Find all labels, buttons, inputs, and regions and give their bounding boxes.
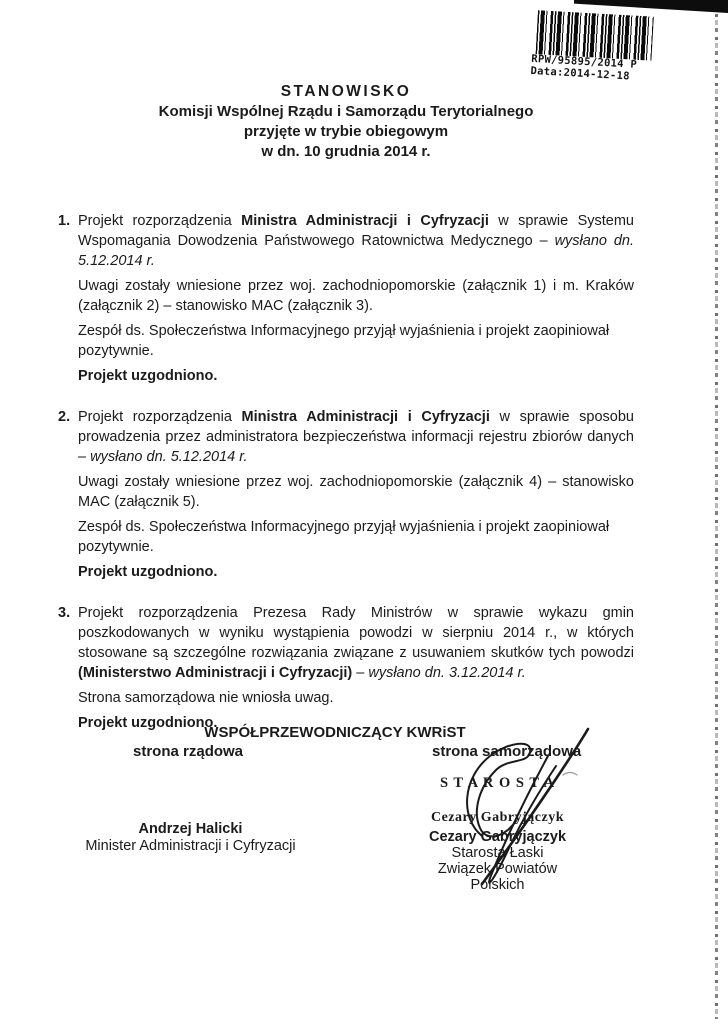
document-title-block: STANOWISKO Komisji Wspólnej Rządu i Samo…: [0, 82, 692, 162]
item-paragraph: Strona samorządowa nie wniosła uwag.: [78, 688, 634, 708]
item-number: 3.: [58, 603, 70, 623]
registry-stamp: RPW/95895/2014 P Data:2014-12-18: [530, 10, 654, 84]
stanowisko-item: 2.Projekt rozporządzenia Ministra Admini…: [58, 407, 634, 582]
scanned-document-page: RPW/95895/2014 P Data:2014-12-18 STANOWI…: [0, 0, 728, 1024]
title-line-2: Komisji Wspólnej Rządu i Samorządu Teryt…: [0, 102, 692, 122]
signatory-left-role: Minister Administracji i Cyfryzacji: [83, 838, 298, 855]
handwritten-signature: [420, 718, 650, 903]
scan-artifact-top-corner: [574, 0, 728, 13]
item-number: 1.: [58, 211, 70, 231]
item-paragraph: Zespół ds. Społeczeństwa Informacyjnego …: [78, 321, 634, 361]
title-line-3: przyjęte w trybie obiegowym: [0, 122, 692, 142]
stanowisko-item: 1.Projekt rozporządzenia Ministra Admini…: [58, 211, 634, 386]
barcode-icon: [536, 10, 654, 60]
signature-label-government-side: strona rządowa: [133, 743, 243, 760]
stanowisko-item: 3.Projekt rozporządzenia Prezesa Rady Mi…: [58, 603, 634, 733]
item-paragraph: Projekt rozporządzenia Ministra Administ…: [78, 407, 634, 467]
item-number: 2.: [58, 407, 70, 427]
item-paragraph: Projekt rozporządzenia Ministra Administ…: [78, 211, 634, 271]
item-paragraph: Uwagi zostały wniesione przez woj. zacho…: [78, 276, 634, 316]
title-line-4: w dn. 10 grudnia 2014 r.: [0, 142, 692, 162]
item-paragraph: Zespół ds. Społeczeństwa Informacyjnego …: [78, 517, 634, 557]
scan-artifact-right-edge: [715, 14, 718, 1019]
item-paragraph: Projekt uzgodniono.: [78, 562, 634, 582]
signatory-left-block: Andrzej Halicki Minister Administracji i…: [83, 821, 298, 855]
item-paragraph: Projekt uzgodniono.: [78, 366, 634, 386]
items-list: 1.Projekt rozporządzenia Ministra Admini…: [58, 211, 634, 754]
item-paragraph: Projekt rozporządzenia Prezesa Rady Mini…: [78, 603, 634, 683]
title-line-1: STANOWISKO: [0, 82, 692, 102]
item-paragraph: Uwagi zostały wniesione przez woj. zacho…: [78, 472, 634, 512]
signatory-left-name: Andrzej Halicki: [83, 821, 298, 838]
